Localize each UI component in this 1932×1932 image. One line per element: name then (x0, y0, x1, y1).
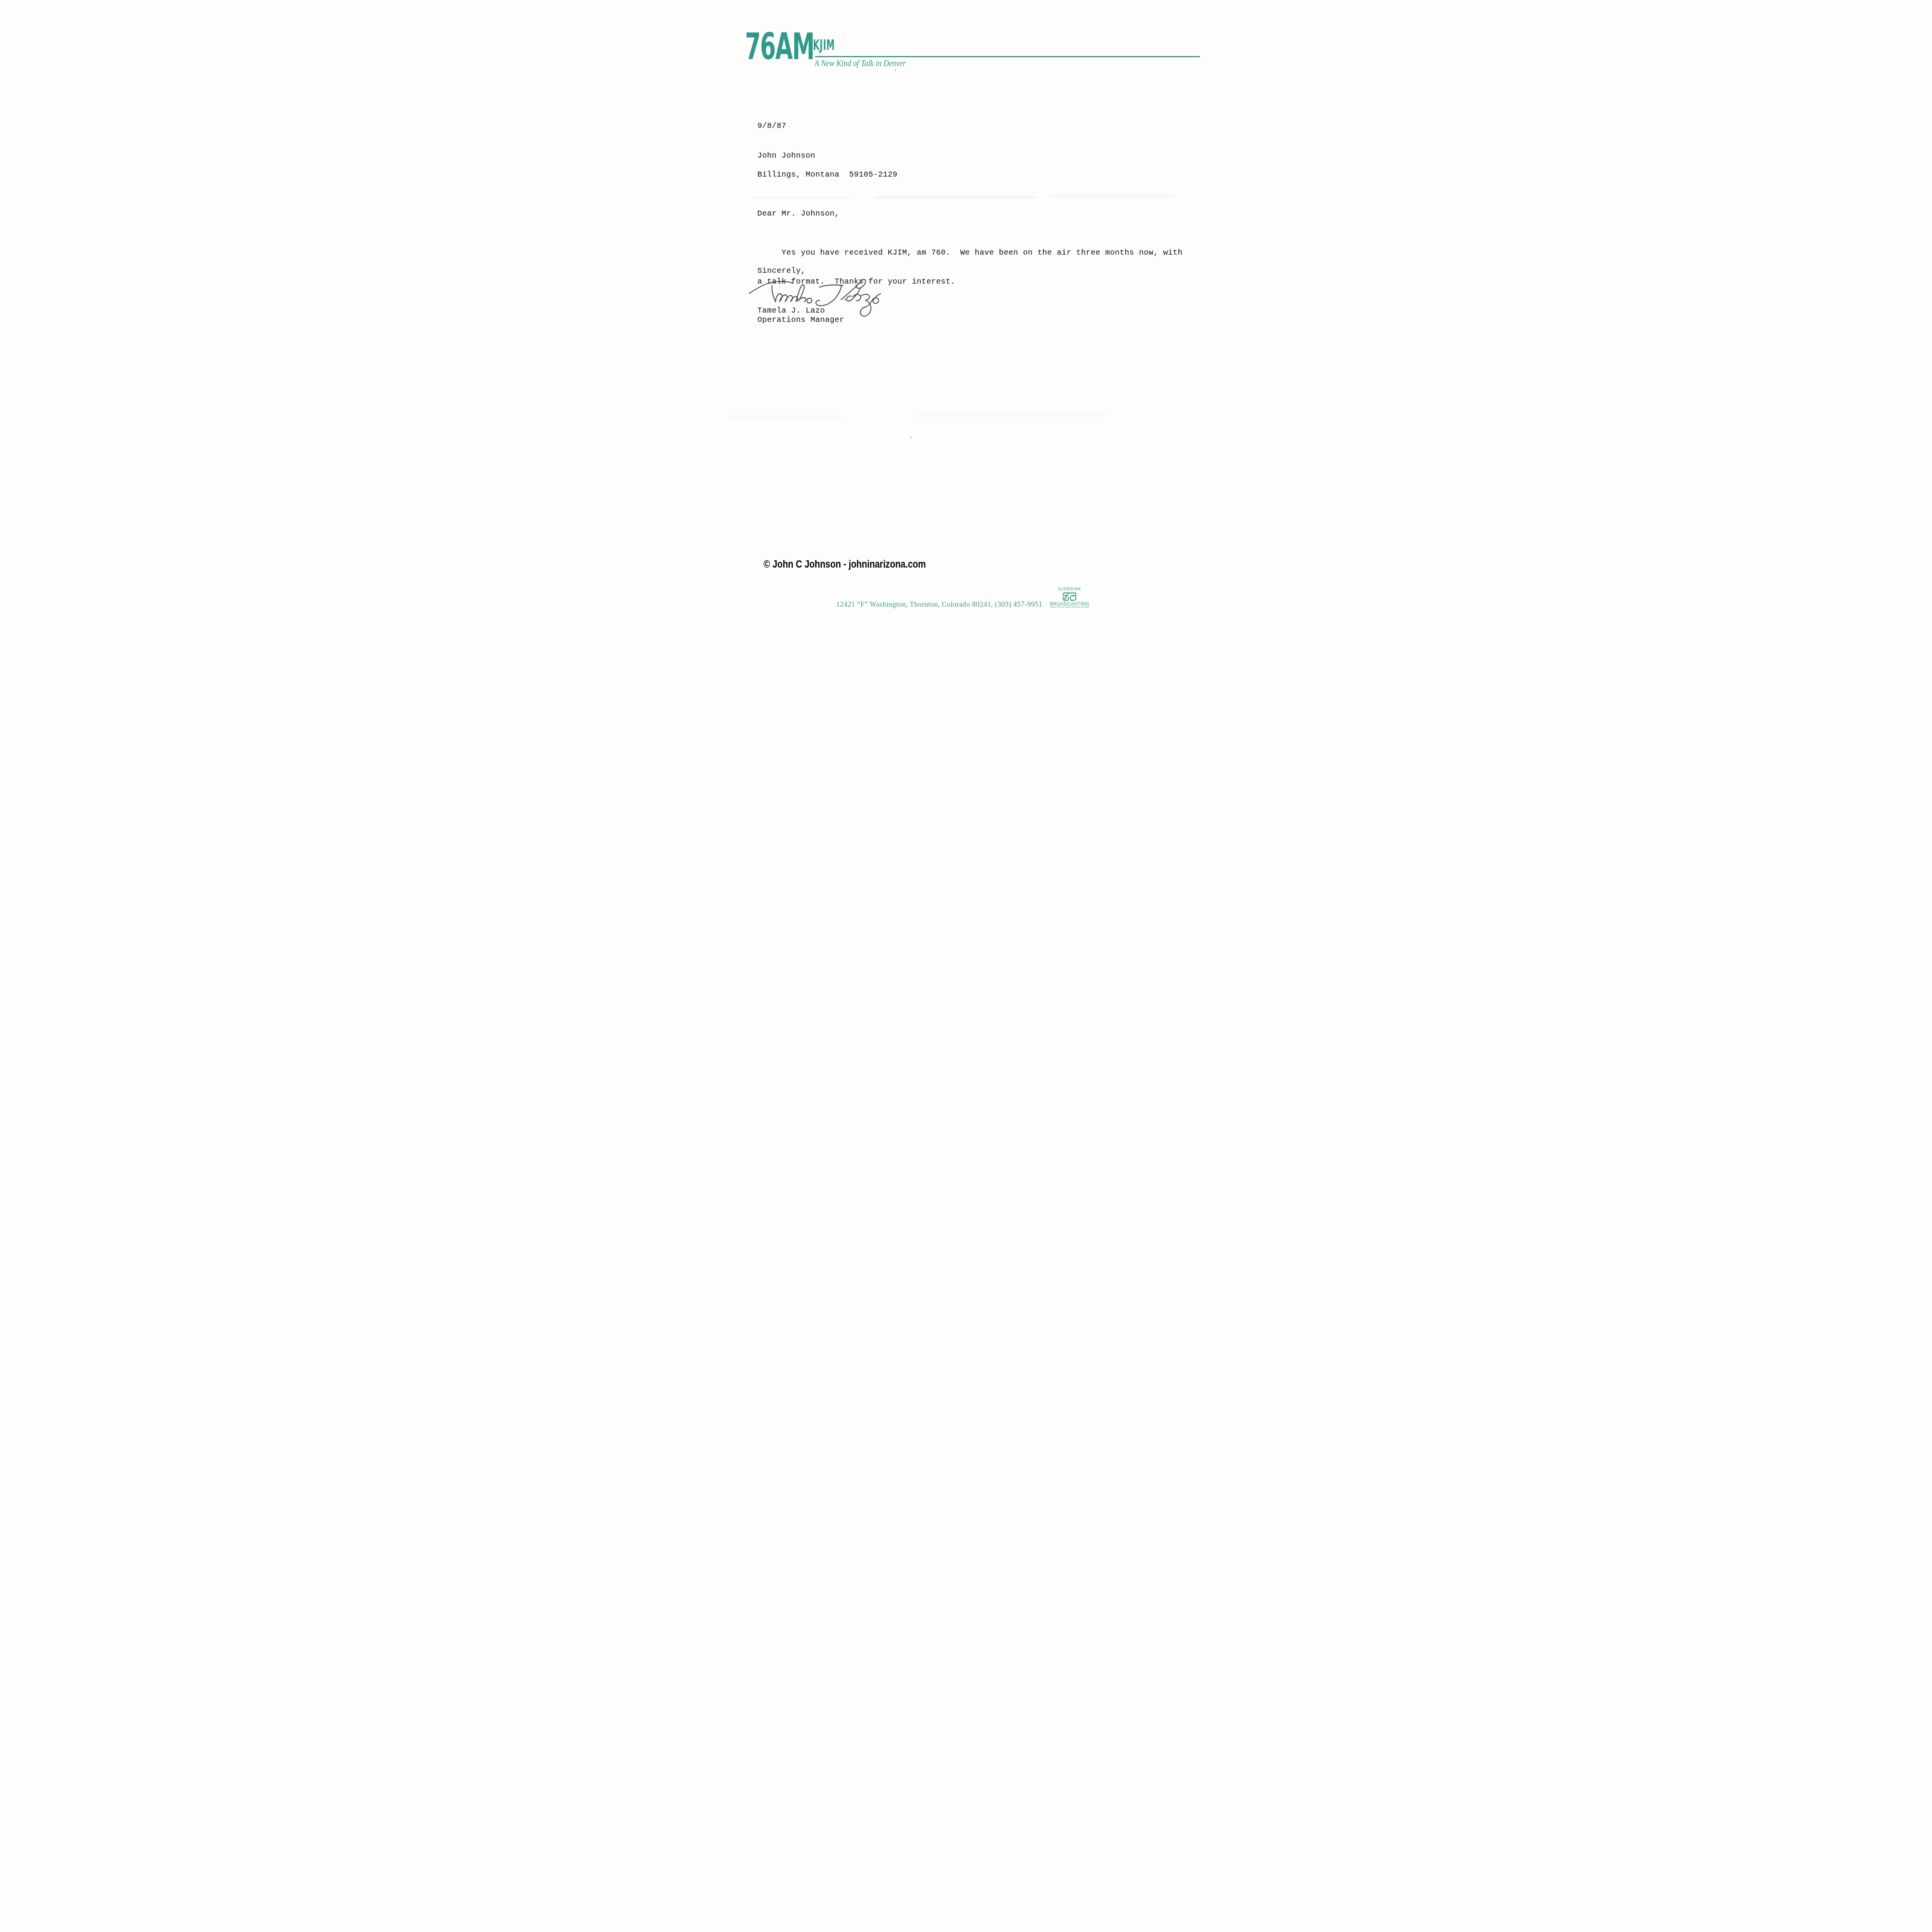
sudbrink-descriptor-label: TELEVISION & RADIO BROADCASTERS (1050, 606, 1089, 609)
recipient-city-line: Billings, Montana 59105-2129 (757, 170, 898, 180)
closing: Sincerely, (757, 266, 806, 276)
station-address: 12421 “F” Washington, Thornton, Colorado… (836, 600, 1043, 609)
recipient-name: John Johnson (757, 151, 815, 161)
sudbrink-division-label: BROADCASTING (1050, 602, 1089, 606)
signed-name: Tamela J. Lazo (757, 306, 825, 316)
letter-date: 9/8/87 (757, 121, 786, 131)
scan-noise-band (728, 416, 844, 417)
sudbrink-monogram-icon (1062, 592, 1077, 601)
copyright-watermark: © John C Johnson - johninarizona.com (764, 559, 926, 570)
body-line-2: a talk format. Thanks for your interest. (757, 277, 1182, 287)
letter-body: Yes you have received KJIM, am 760. We h… (757, 229, 1182, 306)
scan-speck (789, 126, 790, 127)
signature-text: Tamela J. Lazo (720, 0, 721, 0)
scan-noise-band (1049, 196, 1176, 197)
station-logo-76am: 76AM (745, 29, 814, 65)
scan-noise-band (753, 197, 850, 199)
scan-speck (895, 70, 896, 71)
sudbrink-company-label: SUDBRINK (1058, 588, 1081, 592)
scan-noise-band (913, 415, 1107, 417)
station-callsign: KJIM (813, 37, 835, 52)
letter-page: 76AM KJIM A New Kind of Talk in Denver 9… (720, 0, 1212, 637)
scan-speck (910, 437, 912, 438)
salutation: Dear Mr. Johnson, (757, 209, 840, 219)
signed-title: Operations Manager (757, 315, 844, 325)
station-tagline: A New Kind of Talk in Denver (815, 58, 906, 68)
body-line-1: Yes you have received KJIM, am 760. We h… (757, 248, 1182, 258)
scan-noise-band (875, 196, 1037, 198)
letterhead-rule (815, 56, 1200, 57)
sudbrink-logo: SUDBRINK SB BROADCASTING TELEVISION & RA… (1054, 588, 1085, 609)
